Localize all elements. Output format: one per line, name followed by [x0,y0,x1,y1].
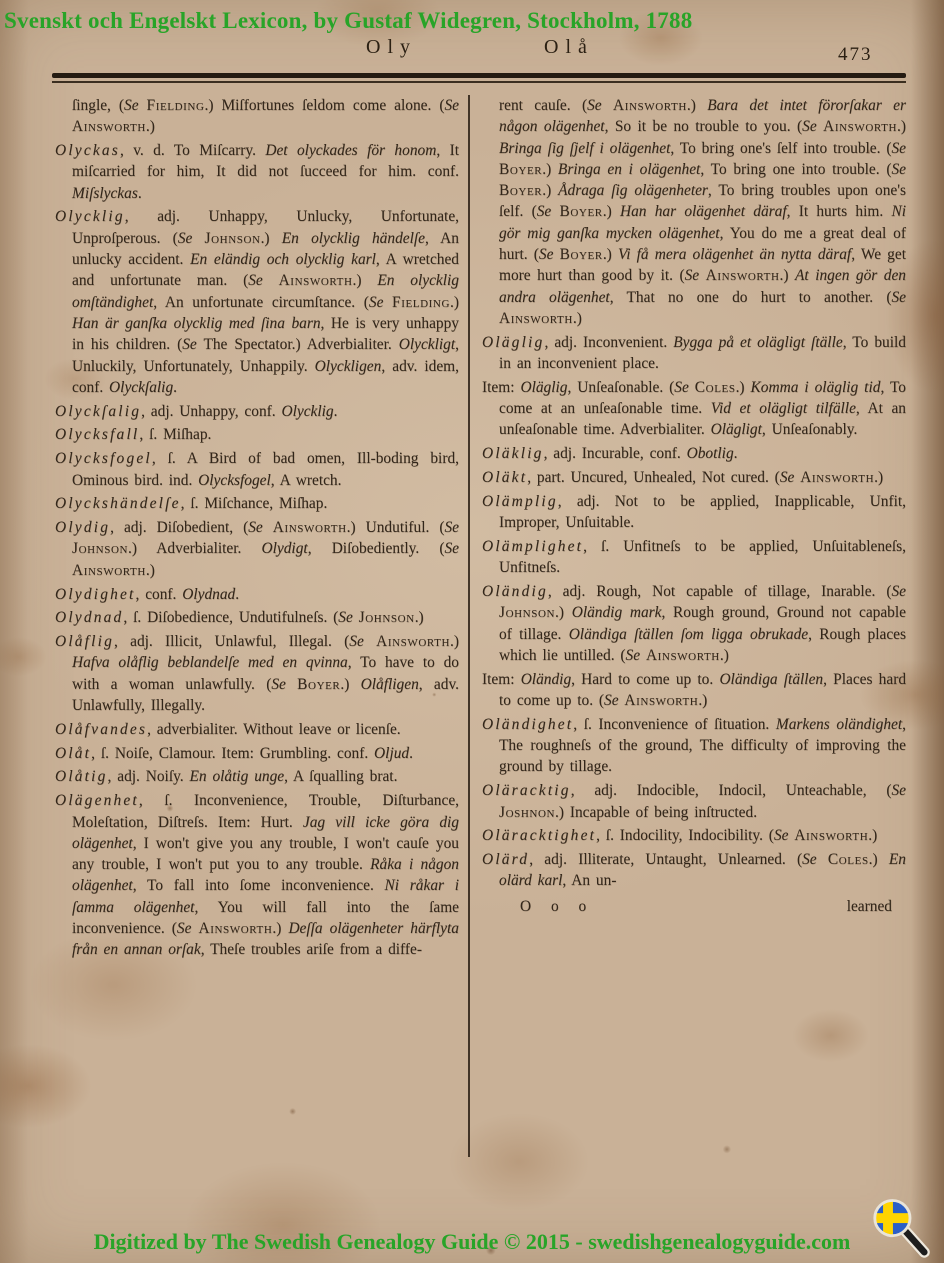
dictionary-entry: Olärd, adj. Illiterate, Untaught, Unlear… [482,849,906,892]
headword: Olåt [55,745,91,762]
reference-name: Ainsworth [624,692,698,709]
dictionary-entry: Oländighet, ſ. Inconvenience of ſituatio… [482,714,906,778]
left-column-entries: ſingle, (Se Fielding.) Miſfortunes ſeldo… [55,95,459,961]
reference-name: Boyer [499,182,542,199]
dictionary-entry: Olydighet, conf. Olydnad. [55,584,459,605]
dictionary-entry: Item: Oländig, Hard to come up to. Oländ… [482,669,906,712]
reference-name: Ainsworth [794,827,868,844]
headword: Olyckſalig [55,403,141,420]
headword: Oläracktig [482,782,571,799]
dictionary-entry: Oläglig, adj. Inconvenient. Bygga på et … [482,332,906,375]
reference-name: Ainsworth [273,519,347,536]
headword: Olycksfall [55,426,139,443]
reference-name: Ainsworth [376,633,450,650]
digitization-footer: Digitized by The Swedish Genealogy Guide… [0,1229,944,1255]
reference-name: Boyer [560,203,603,220]
reference-name: Ainsworth [613,97,687,114]
header-rule-thin-line [52,81,906,83]
running-head-left-word: Oly [366,36,417,59]
reference-name: Boyer [297,676,340,693]
signature-row: O o o learned [482,896,906,917]
scanned-dictionary-page: Svenskt och Engelskt Lexicon, by Gustaf … [0,0,944,1263]
column-divider [468,95,470,1157]
reference-name: Johnson [72,540,128,557]
dictionary-entry: Item: Oläglig, Unſeaſonable. (Se Coles.)… [482,377,906,441]
reference-name: Boyer [499,161,542,178]
digitization-title: Svenskt och Engelskt Lexicon, by Gustaf … [4,8,692,34]
reference-name: Ainsworth [823,118,897,135]
headword: Oläkt [482,469,527,486]
reference-name: Ainsworth [646,647,720,664]
reference-name: Coles [828,851,869,868]
dictionary-entry: rent cauſe. (Se Ainsworth.) Bara det int… [482,95,906,329]
dictionary-entry: ſingle, (Se Fielding.) Miſfortunes ſeldo… [55,95,459,138]
dictionary-entry: Olämplighet, ſ. Unfitneſs to be applied,… [482,536,906,579]
headword: Olämplig [482,493,558,510]
dictionary-entry: Oläklig, adj. Incurable, conf. Obotlig. [482,443,906,464]
left-column: ſingle, (Se Fielding.) Miſfortunes ſeldo… [55,95,459,963]
reference-name: Coles [695,379,736,396]
reference-name: Fielding [392,294,450,311]
dictionary-entry: Olyckshändelſe, ſ. Miſchance, Miſhap. [55,493,459,514]
header-rule [52,73,906,83]
flag-cross-vertical [883,1198,893,1238]
headword: Olärd [482,851,529,868]
swedish-flag-magnifier-logo [862,1195,936,1261]
dictionary-entry: Oläracktighet, ſ. Indocility, Indocibili… [482,825,906,846]
signature-mark: O o o [520,896,593,917]
reference-name: Ainsworth [72,118,146,135]
dictionary-entry: Oländig, adj. Rough, Not capable of till… [482,581,906,666]
dictionary-entry: Olägenhet, ſ. Inconvenience, Trouble, Di… [55,790,459,960]
reference-name: Ainsworth [706,267,780,284]
headword: Olåtig [55,768,108,785]
reference-name: Ainsworth [800,469,874,486]
right-column-entries: rent cauſe. (Se Ainsworth.) Bara det int… [482,95,906,892]
headword: Olåflig [55,633,114,650]
headword: Oläracktighet [482,827,596,844]
dictionary-entry: Olåfvandes, adverbialiter. Without leave… [55,719,459,740]
dictionary-entry: Olycksfall, ſ. Miſhap. [55,424,459,445]
headword: Olämplighet [482,538,583,555]
headword: Olyckas [55,142,120,159]
header-rule-thick-line [52,73,906,78]
dictionary-entry: Olydig, adj. Diſobedient, (Se Ainsworth.… [55,517,459,581]
reference-name: Joshnon [499,804,555,821]
headword: Olydnad [55,609,123,626]
reference-name: Ainsworth [72,562,146,579]
headword: Oländighet [482,716,573,733]
dictionary-entry: Olåt, ſ. Noiſe, Clamour. Item: Grumbling… [55,743,459,764]
dictionary-entry: Olåflig, adj. Illicit, Unlawful, Illegal… [55,631,459,716]
catchword: learned [847,896,892,917]
reference-name: Boyer [560,246,603,263]
reference-name: Ainsworth [199,920,273,937]
headword: Olyckshändelſe [55,495,181,512]
reference-name: Johnson [359,609,415,626]
reference-name: Johnson [205,230,261,247]
right-column: rent cauſe. (Se Ainsworth.) Bara det int… [482,95,906,917]
dictionary-entry: Oläracktig, adj. Indocible, Indocil, Unt… [482,780,906,823]
dictionary-entry: Olåtig, adj. Noiſy. En olåtig unge, A ſq… [55,766,459,787]
dictionary-entry: Oläkt, part. Uncured, Unhealed, Not cure… [482,467,906,488]
headword: Olåfvandes [55,721,147,738]
headword: Olycksfogel [55,450,152,467]
running-head: Oly Olå 473 [0,36,944,70]
dictionary-entry: Olycksfogel, ſ. A Bird of bad omen, Ill-… [55,448,459,491]
reference-name: Johnson [499,604,555,621]
dictionary-entry: Olyckſalig, adj. Unhappy, conf. Olycklig… [55,401,459,422]
headword: Olägenhet [55,792,139,809]
dictionary-entry: Olydnad, ſ. Diſobedience, Undutifulneſs.… [55,607,459,628]
headword: Oläglig [482,334,544,351]
page-number: 473 [838,44,873,66]
dictionary-entry: Olycklig, adj. Unhappy, Unlucky, Unfortu… [55,206,459,398]
reference-name: Ainsworth [279,272,353,289]
running-head-right-word: Olå [544,36,594,59]
headword: Olycklig [55,208,125,225]
headword: Oläklig [482,445,544,462]
reference-name: Ainsworth [499,310,573,327]
reference-name: Fielding [147,97,205,114]
headword: Olydig [55,519,110,536]
headword: Oländig [482,583,548,600]
headword: Olydighet [55,586,136,603]
dictionary-entry: Olämplig, adj. Not to be applied, Inappl… [482,491,906,534]
dictionary-entry: Olyckas, v. d. To Miſcarry. Det olyckade… [55,140,459,204]
